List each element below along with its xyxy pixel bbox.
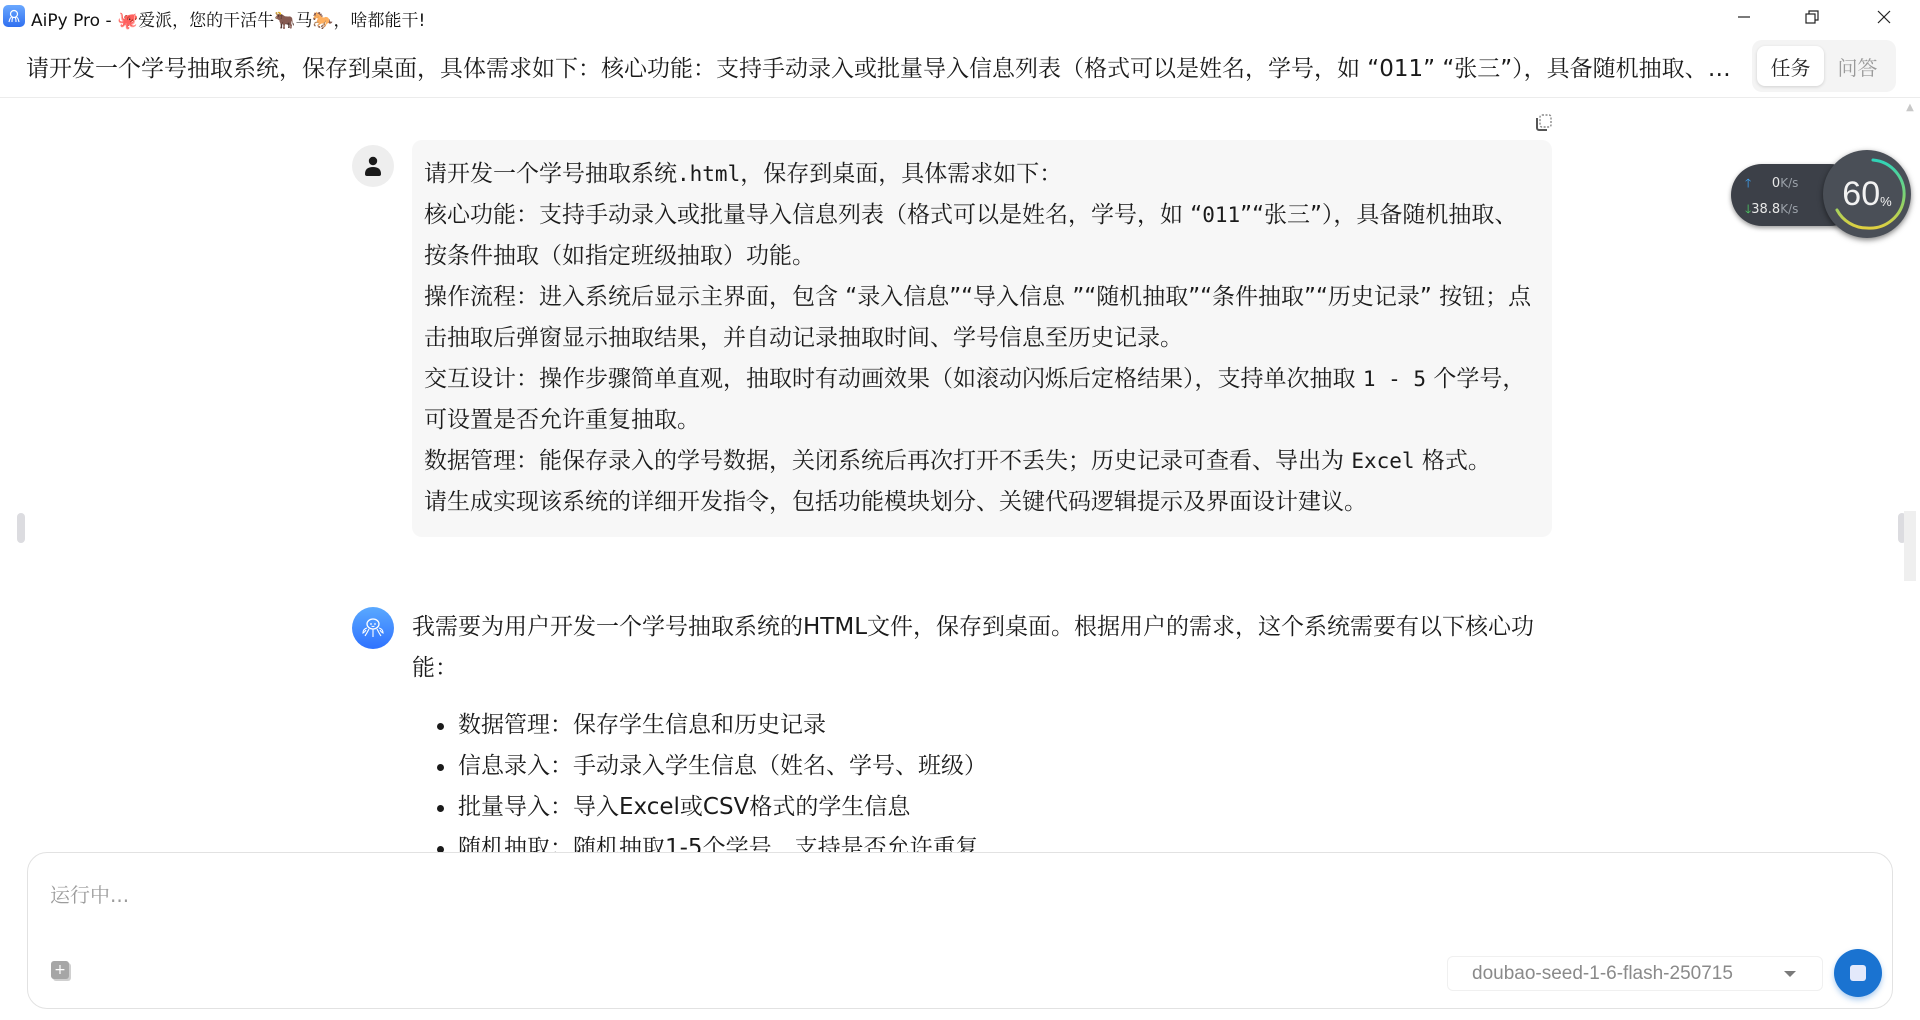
minimize-button[interactable] [1716, 0, 1772, 34]
list-item: 信息录入：手动录入学生信息（姓名、学号、班级） [434, 746, 1552, 787]
upload-speed: 🡑 0K/s [1745, 174, 1815, 195]
model-select[interactable]: doubao-seed-1-6-flash-250715 [1447, 956, 1823, 991]
chevron-down-icon [1784, 971, 1796, 977]
composer: + doubao-seed-1-6-flash-250715 [27, 852, 1893, 1009]
list-item: 批量导入：导入Excel或CSV格式的学生信息 [434, 787, 1552, 828]
user-message-interaction: 交互设计：操作步骤简单直观，抽取时有动画效果（如滚动闪烁后定格结果），支持单次抽… [424, 359, 1540, 441]
stop-icon [1850, 965, 1866, 981]
mode-tabs: 任务 问答 [1752, 40, 1896, 92]
user-message-request: 请生成实现该系统的详细开发指令，包括功能模块划分、关键代码逻辑提示及界面设计建议… [424, 482, 1540, 523]
scroll-up-arrow-icon[interactable]: ▲ [1904, 102, 1916, 114]
left-panel-resize-handle[interactable] [17, 513, 25, 543]
add-attachment-button[interactable]: + [51, 961, 69, 979]
memory-percent: 60% [1823, 150, 1911, 238]
close-button[interactable] [1856, 0, 1912, 34]
list-item: 随机抽取：随机抽取1-5个学号，支持是否允许重复 [434, 828, 1552, 852]
task-prompt-summary: 请开发一个学号抽取系统，保存到桌面，具体需求如下：核心功能：支持手动录入或批量导… [26, 50, 1736, 83]
user-message-line: 请开发一个学号抽取系统.html，保存到桌面，具体需求如下： [424, 154, 1540, 195]
assistant-message: 我需要为用户开发一个学号抽取系统的HTML文件，保存到桌面。根据用户的需求，这个… [412, 607, 1552, 852]
user-message-data: 数据管理：能保存录入的学号数据，关闭系统后再次打开不丢失；历史记录可查看、导出为… [424, 441, 1540, 482]
window-title: AiPy Pro - 🐙爱派，您的干活牛🐂马🐎，啥都能干! [31, 6, 425, 31]
assistant-avatar [352, 607, 394, 649]
network-speed-widget[interactable]: 🡑 0K/s 🡓38.8K/s 60% [1731, 150, 1911, 240]
assistant-intro: 我需要为用户开发一个学号抽取系统的HTML文件，保存到桌面。根据用户的需求，这个… [412, 607, 1552, 689]
task-header: 请开发一个学号抽取系统，保存到桌面，具体需求如下：核心功能：支持手动录入或批量导… [0, 34, 1920, 98]
title-bar: AiPy Pro - 🐙爱派，您的干活牛🐂马🐎，啥都能干! [0, 0, 1920, 34]
restore-button[interactable] [1784, 0, 1840, 34]
message-input[interactable] [50, 875, 1550, 915]
tab-qa[interactable]: 问答 [1824, 46, 1891, 86]
memory-usage-gauge: 60% [1823, 150, 1911, 238]
stop-button[interactable] [1834, 949, 1882, 997]
user-message-bubble: 请开发一个学号抽取系统.html，保存到桌面，具体需求如下： 核心功能：支持手动… [412, 140, 1552, 537]
app-logo-icon [3, 5, 25, 27]
user-message-flow: 操作流程：进入系统后显示主界面，包含 “录入信息”“导入信息 ”“随机抽取”“条… [424, 277, 1540, 359]
octopus-icon [360, 617, 386, 639]
list-item: 数据管理：保存学生信息和历史记录 [434, 705, 1552, 746]
tab-task[interactable]: 任务 [1757, 46, 1824, 86]
download-speed: 🡓38.8K/s [1745, 200, 1815, 221]
user-message-core: 核心功能：支持手动录入或批量导入信息列表（格式可以是姓名，学号，如 “011”“… [424, 195, 1540, 277]
copy-icon[interactable] [1534, 112, 1554, 132]
chat-scrollbar-thumb[interactable] [1904, 511, 1916, 581]
assistant-feature-list: 数据管理：保存学生信息和历史记录 信息录入：手动录入学生信息（姓名、学号、班级）… [412, 705, 1552, 852]
model-select-value: doubao-seed-1-6-flash-250715 [1472, 963, 1733, 985]
chat-area: 请开发一个学号抽取系统.html，保存到桌面，具体需求如下： 核心功能：支持手动… [0, 99, 1900, 852]
user-icon [363, 155, 383, 177]
upload-arrow-icon: 🡑 [1745, 176, 1751, 190]
user-avatar [352, 145, 394, 187]
